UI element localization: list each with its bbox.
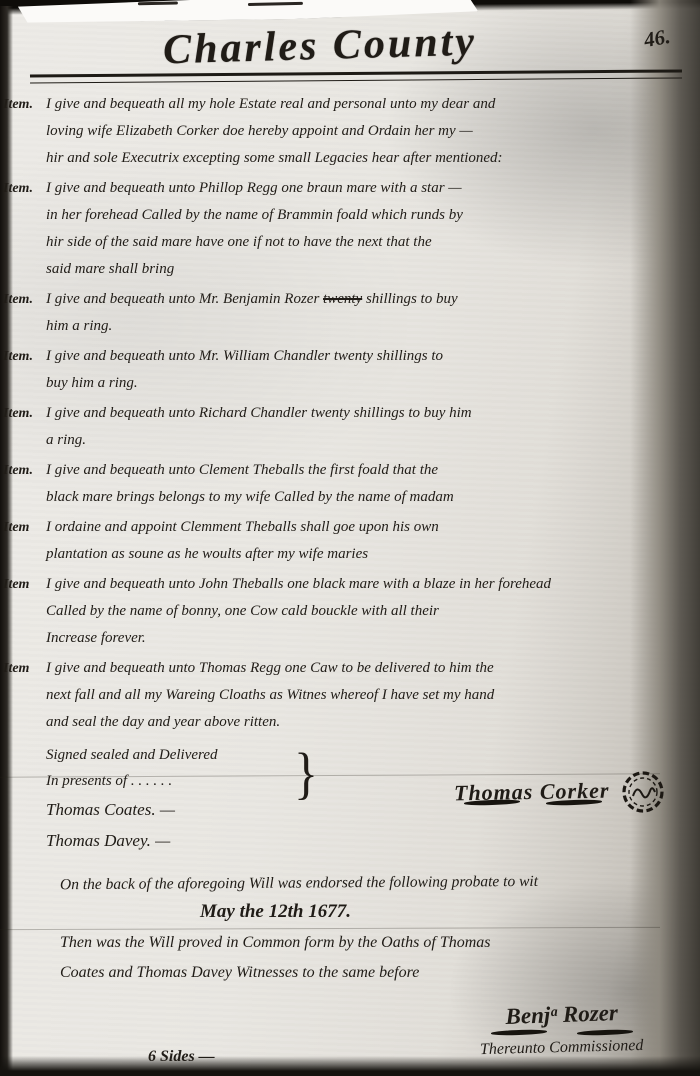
document-header: Charles County 46. bbox=[0, 0, 700, 81]
item-line: I ordaine and appoint Clemment Theballs … bbox=[46, 514, 642, 541]
item-line: Called by the name of bonny, one Cow cal… bbox=[46, 598, 642, 625]
item-line: loving wife Elizabeth Corker doe hereby … bbox=[46, 118, 642, 145]
will-item: Item I give and bequeath unto Thomas Reg… bbox=[3, 655, 700, 736]
item-line: and seal the day and year above ritten. bbox=[46, 709, 642, 736]
wax-seal-icon bbox=[617, 766, 669, 818]
struck-text: twenty bbox=[323, 291, 362, 307]
item-label: Item. bbox=[3, 400, 46, 427]
proved-line: Coates and Thomas Davey Witnesses to the… bbox=[60, 958, 700, 988]
item-line: hir side of the said mare have one if no… bbox=[46, 229, 642, 256]
will-items: Item. I give and bequeath all my hole Es… bbox=[3, 91, 700, 736]
will-item: Item. I give and bequeath unto Mr. Willi… bbox=[3, 343, 700, 397]
ink-dash-icon bbox=[464, 799, 520, 806]
witness-name: Thomas Davey. — bbox=[46, 825, 700, 856]
item-line: I give and bequeath unto Clement Theball… bbox=[46, 457, 642, 484]
proved-line: Then was the Will proved in Common form … bbox=[60, 928, 700, 958]
probate-date: May the 12th 1677. bbox=[200, 896, 700, 928]
text-segment: shillings to buy bbox=[362, 291, 457, 307]
testator-signature: Thomas Corker bbox=[454, 766, 669, 818]
item-line: black mare brings belongs to my wife Cal… bbox=[46, 484, 642, 511]
commissioner-title: Thereunto Commissioned bbox=[480, 1037, 644, 1059]
item-line: I give and bequeath unto Thomas Regg one… bbox=[46, 655, 642, 682]
item-lines: I give and bequeath unto Richard Chandle… bbox=[46, 400, 700, 454]
item-label: Item. bbox=[3, 286, 46, 313]
scan-bottom-edge bbox=[0, 1056, 700, 1076]
will-item: Item. I give and bequeath unto Phillop R… bbox=[3, 175, 700, 283]
will-item: Item. I give and bequeath unto Mr. Benja… bbox=[3, 286, 700, 340]
attestation-brace: } bbox=[294, 740, 318, 807]
item-lines: I give and bequeath all my hole Estate r… bbox=[46, 91, 700, 172]
item-label: Item. bbox=[3, 343, 46, 370]
item-line: I give and bequeath unto Mr. William Cha… bbox=[46, 343, 642, 370]
text-segment: I give and bequeath unto Mr. Benjamin Ro… bbox=[46, 291, 323, 307]
will-item: Item I give and bequeath unto John Theba… bbox=[3, 571, 700, 652]
sides-note: 6 Sides — bbox=[148, 1048, 215, 1066]
item-label: Item bbox=[3, 571, 46, 598]
item-line: a ring. bbox=[46, 427, 642, 454]
item-lines: I give and bequeath unto Phillop Regg on… bbox=[46, 175, 700, 283]
item-line: hir and sole Executrix excepting some sm… bbox=[46, 145, 642, 172]
item-lines: I give and bequeath unto John Theballs o… bbox=[46, 571, 700, 652]
item-lines: I give and bequeath unto Mr. William Cha… bbox=[46, 343, 700, 397]
item-label: Item bbox=[3, 514, 46, 541]
item-line: in her forehead Called by the name of Br… bbox=[46, 202, 642, 229]
item-line: plantation as soune as he woults after m… bbox=[46, 541, 642, 568]
item-line: I give and bequeath all my hole Estate r… bbox=[46, 91, 642, 118]
will-item: Item. I give and bequeath unto Clement T… bbox=[3, 457, 700, 511]
item-line: him a ring. bbox=[46, 313, 642, 340]
item-label: Item. bbox=[3, 457, 46, 484]
item-line: said mare shall bring bbox=[46, 256, 642, 283]
closing-block: Signed sealed and Delivered In presents … bbox=[46, 742, 700, 856]
will-item: Item I ordaine and appoint Clemment Theb… bbox=[3, 514, 700, 568]
item-line: I give and bequeath unto Mr. Benjamin Ro… bbox=[46, 286, 642, 313]
item-label: Item. bbox=[3, 175, 46, 202]
signature-flourish bbox=[480, 1030, 643, 1035]
page-number: 46. bbox=[642, 24, 672, 53]
endorsement-line: On the back of the aforegoing Will was e… bbox=[60, 868, 700, 898]
ink-dash-icon bbox=[546, 799, 602, 806]
ink-dash-icon bbox=[577, 1029, 633, 1036]
signature-flourish bbox=[464, 800, 602, 805]
item-line: next fall and all my Wareing Cloaths as … bbox=[46, 682, 642, 709]
item-lines: I give and bequeath unto Clement Theball… bbox=[46, 457, 700, 511]
will-item: Item. I give and bequeath all my hole Es… bbox=[3, 91, 700, 172]
commissioner-signature: Benjᵃ Rozer Thereunto Commissioned bbox=[480, 1002, 643, 1057]
item-label: Item bbox=[3, 655, 46, 682]
item-label: Item. bbox=[3, 91, 46, 118]
item-line: I give and bequeath unto Phillop Regg on… bbox=[46, 175, 642, 202]
probate-block: On the back of the aforegoing Will was e… bbox=[60, 870, 700, 988]
item-lines: I give and bequeath unto Thomas Regg one… bbox=[46, 655, 700, 736]
item-line: buy him a ring. bbox=[46, 370, 642, 397]
item-line: Increase forever. bbox=[46, 625, 642, 652]
item-line: I give and bequeath unto John Theballs o… bbox=[46, 571, 642, 598]
commissioner-name: Benjᵃ Rozer bbox=[480, 999, 644, 1031]
item-lines: I give and bequeath unto Mr. Benjamin Ro… bbox=[46, 286, 700, 340]
item-line: I give and bequeath unto Richard Chandle… bbox=[46, 400, 642, 427]
signed-sealed-line: Signed sealed and Delivered bbox=[46, 742, 700, 768]
will-item: Item. I give and bequeath unto Richard C… bbox=[3, 400, 700, 454]
item-lines: I ordaine and appoint Clemment Theballs … bbox=[46, 514, 700, 568]
